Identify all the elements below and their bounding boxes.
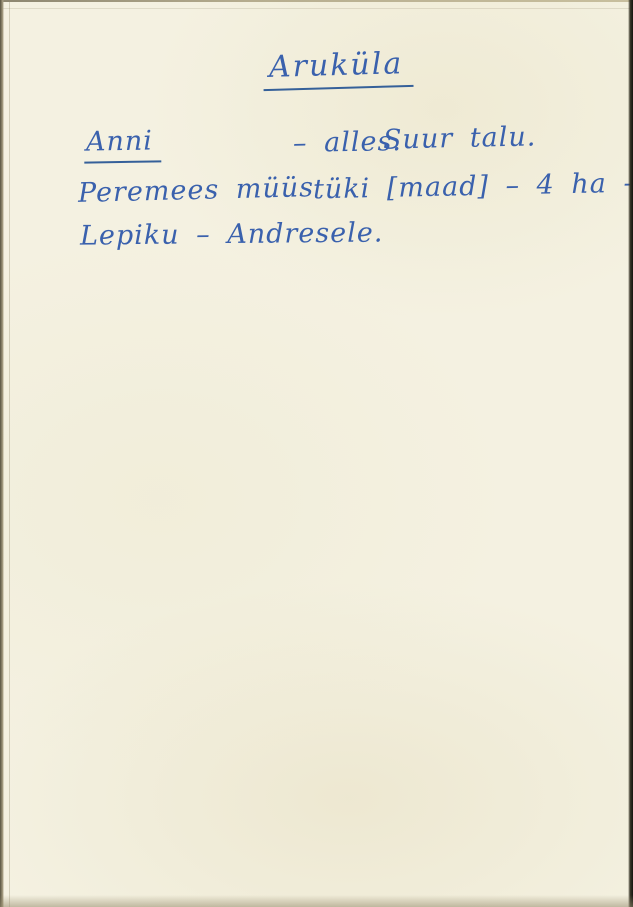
- scan-edge-left: [0, 0, 4, 907]
- scanned-note-card: Aruküla Anni – alles. Suur talu. Peremee…: [0, 0, 633, 907]
- scan-edge-top: [0, 0, 633, 2]
- scan-edge-right: [628, 0, 633, 907]
- farm-name: Anni: [84, 125, 162, 163]
- farm-size-text: Suur talu.: [383, 121, 537, 155]
- paper-crease-left: [9, 0, 10, 907]
- sale-note-start: Peremees müüs: [78, 172, 315, 209]
- sale-note-end: tüki [maad] – 4 ha –: [313, 168, 633, 206]
- scan-edge-bottom: [0, 895, 633, 907]
- page-title: Aruküla: [262, 46, 413, 91]
- buyer-note: Lepiku – Andresele.: [80, 217, 384, 251]
- paper-crease-top: [0, 8, 633, 9]
